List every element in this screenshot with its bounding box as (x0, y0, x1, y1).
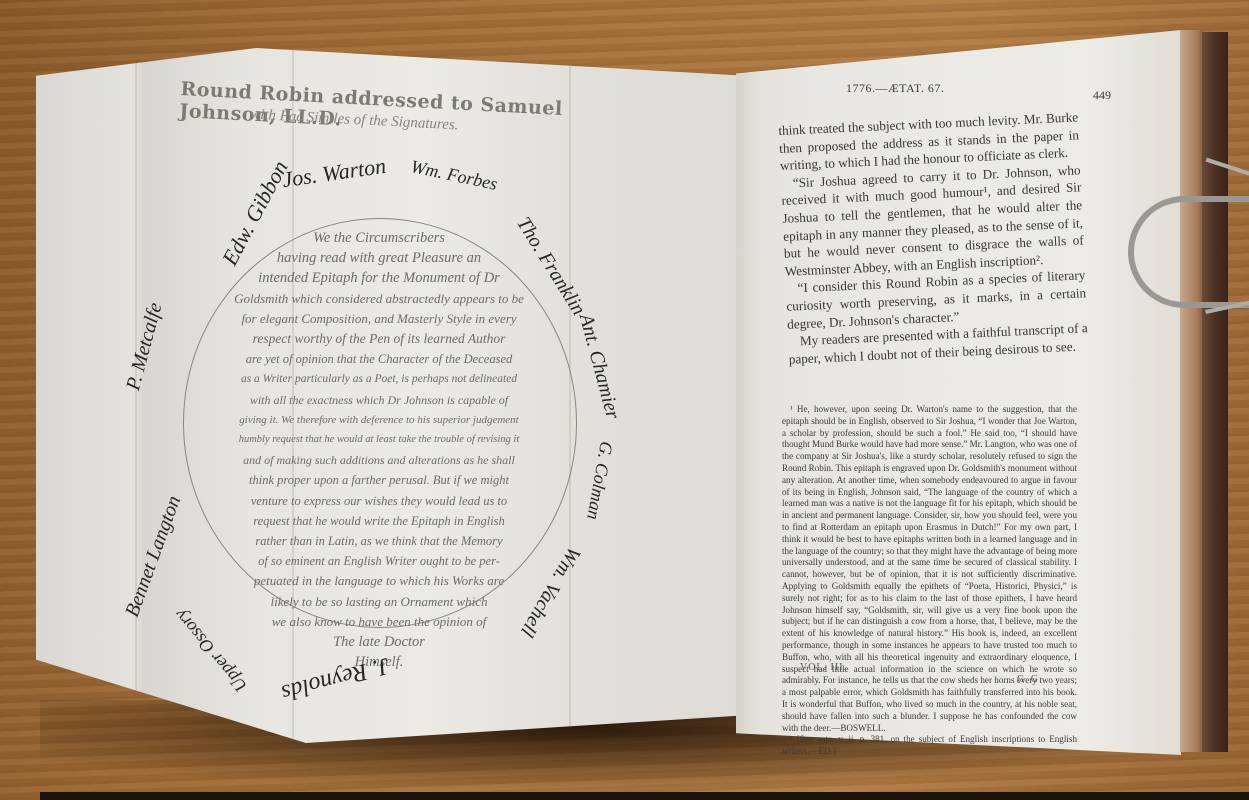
text-line: of so eminent an English Writer ought to… (198, 551, 560, 571)
text-line: likely to be so lasting an Ornament whic… (198, 592, 560, 612)
volume-mark: VOL. III. (800, 662, 847, 673)
text-line: The late Doctor (198, 632, 560, 652)
text-line: having read with great Pleasure an (198, 248, 560, 268)
text-line: request that he would write the Epitaph … (198, 511, 560, 531)
paragraph: “Sir Joshua agreed to carry it to Dr. Jo… (780, 161, 1084, 280)
text-line: giving it. We therefore with deference t… (198, 410, 560, 430)
text-line: petuated in the language to which his Wo… (198, 571, 560, 591)
fold-line (135, 48, 137, 743)
text-line: Goldsmith which considered abstractedly … (198, 289, 560, 309)
text-line: intended Epitaph for the Monument of Dr (198, 268, 560, 288)
page-number: 449 (1093, 88, 1111, 103)
text-line: with all the exactness which Dr Johnson … (198, 390, 560, 410)
text-line: we also know to have been the opinion of (198, 612, 560, 632)
round-robin-text: We the Circumscribers having read with g… (198, 228, 560, 672)
text-line: rather than in Latin, as we think that t… (198, 531, 560, 551)
book-cover (1202, 32, 1228, 752)
text-line: are yet of opinion that the Character of… (198, 349, 560, 369)
footnotes: ¹ He, however, upon seeing Dr. Warton's … (782, 404, 1077, 758)
running-head: 1776.—ÆTAT. 67. (846, 81, 944, 96)
page-block-edge (1180, 30, 1202, 752)
text-line: respect worthy of the Pen of its learned… (198, 329, 560, 349)
paper-clip (1128, 196, 1249, 308)
text-line: venture to express our wishes they would… (198, 491, 560, 511)
text-line: humbly request that he would at least ta… (198, 430, 560, 450)
text-line: and of making such additions and alterat… (198, 450, 560, 470)
text-line: as a Writer particularly as a Poet, is p… (198, 369, 560, 389)
body-text: think treated the subject with too much … (778, 108, 1089, 368)
bottom-edge (40, 792, 1249, 800)
footnote: ² [See ante, v. ii. p. 381, on the subje… (782, 734, 1077, 758)
text-line: think proper upon a farther perusal. But… (198, 470, 560, 490)
text-line: for elegant Composition, and Masterly St… (198, 309, 560, 329)
signature-mark: G G (1017, 674, 1040, 685)
